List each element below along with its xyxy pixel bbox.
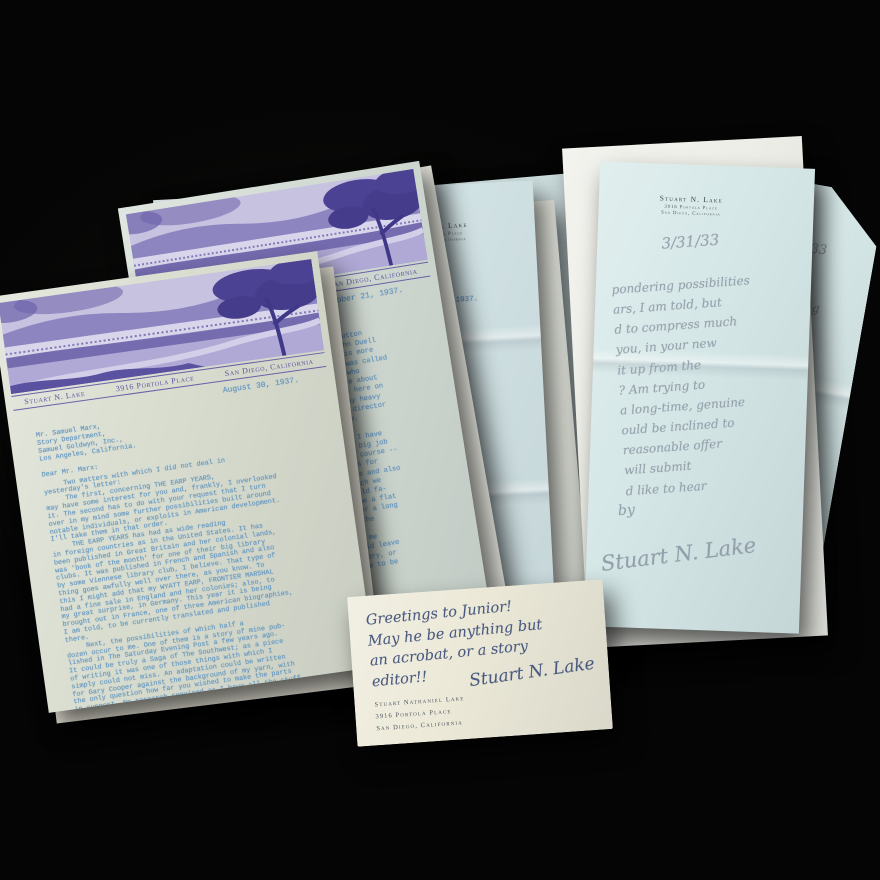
signature: Stuart N. Lake — [600, 533, 758, 576]
photo-scene: 10/2/33 that ed guessing ake looks agenc… — [0, 0, 880, 880]
printed-letterhead: Stuart N. Lake 3916 Portola Place San Di… — [616, 192, 767, 219]
business-card: Greetings to Junior! May he be anything … — [347, 579, 613, 746]
letter-body: Two matters with which I did not deal in… — [43, 444, 357, 713]
card-printed-block: Stuart Nathaniel Lake 3916 Portola Place… — [374, 693, 466, 735]
handwriting-body: pondering possibilities ars, I am told, … — [611, 267, 806, 501]
letterhead-name: Stuart N. Lake — [24, 389, 86, 406]
handwritten-date: 3/31/33 — [661, 231, 720, 253]
closing-word: by — [617, 502, 635, 519]
letter-mar31-1933: Stuart N. Lake 3916 Portola Place San Di… — [584, 161, 815, 633]
letter-aug30-1937: Stuart N. Lake 3916 Portola Place San Di… — [0, 251, 376, 713]
